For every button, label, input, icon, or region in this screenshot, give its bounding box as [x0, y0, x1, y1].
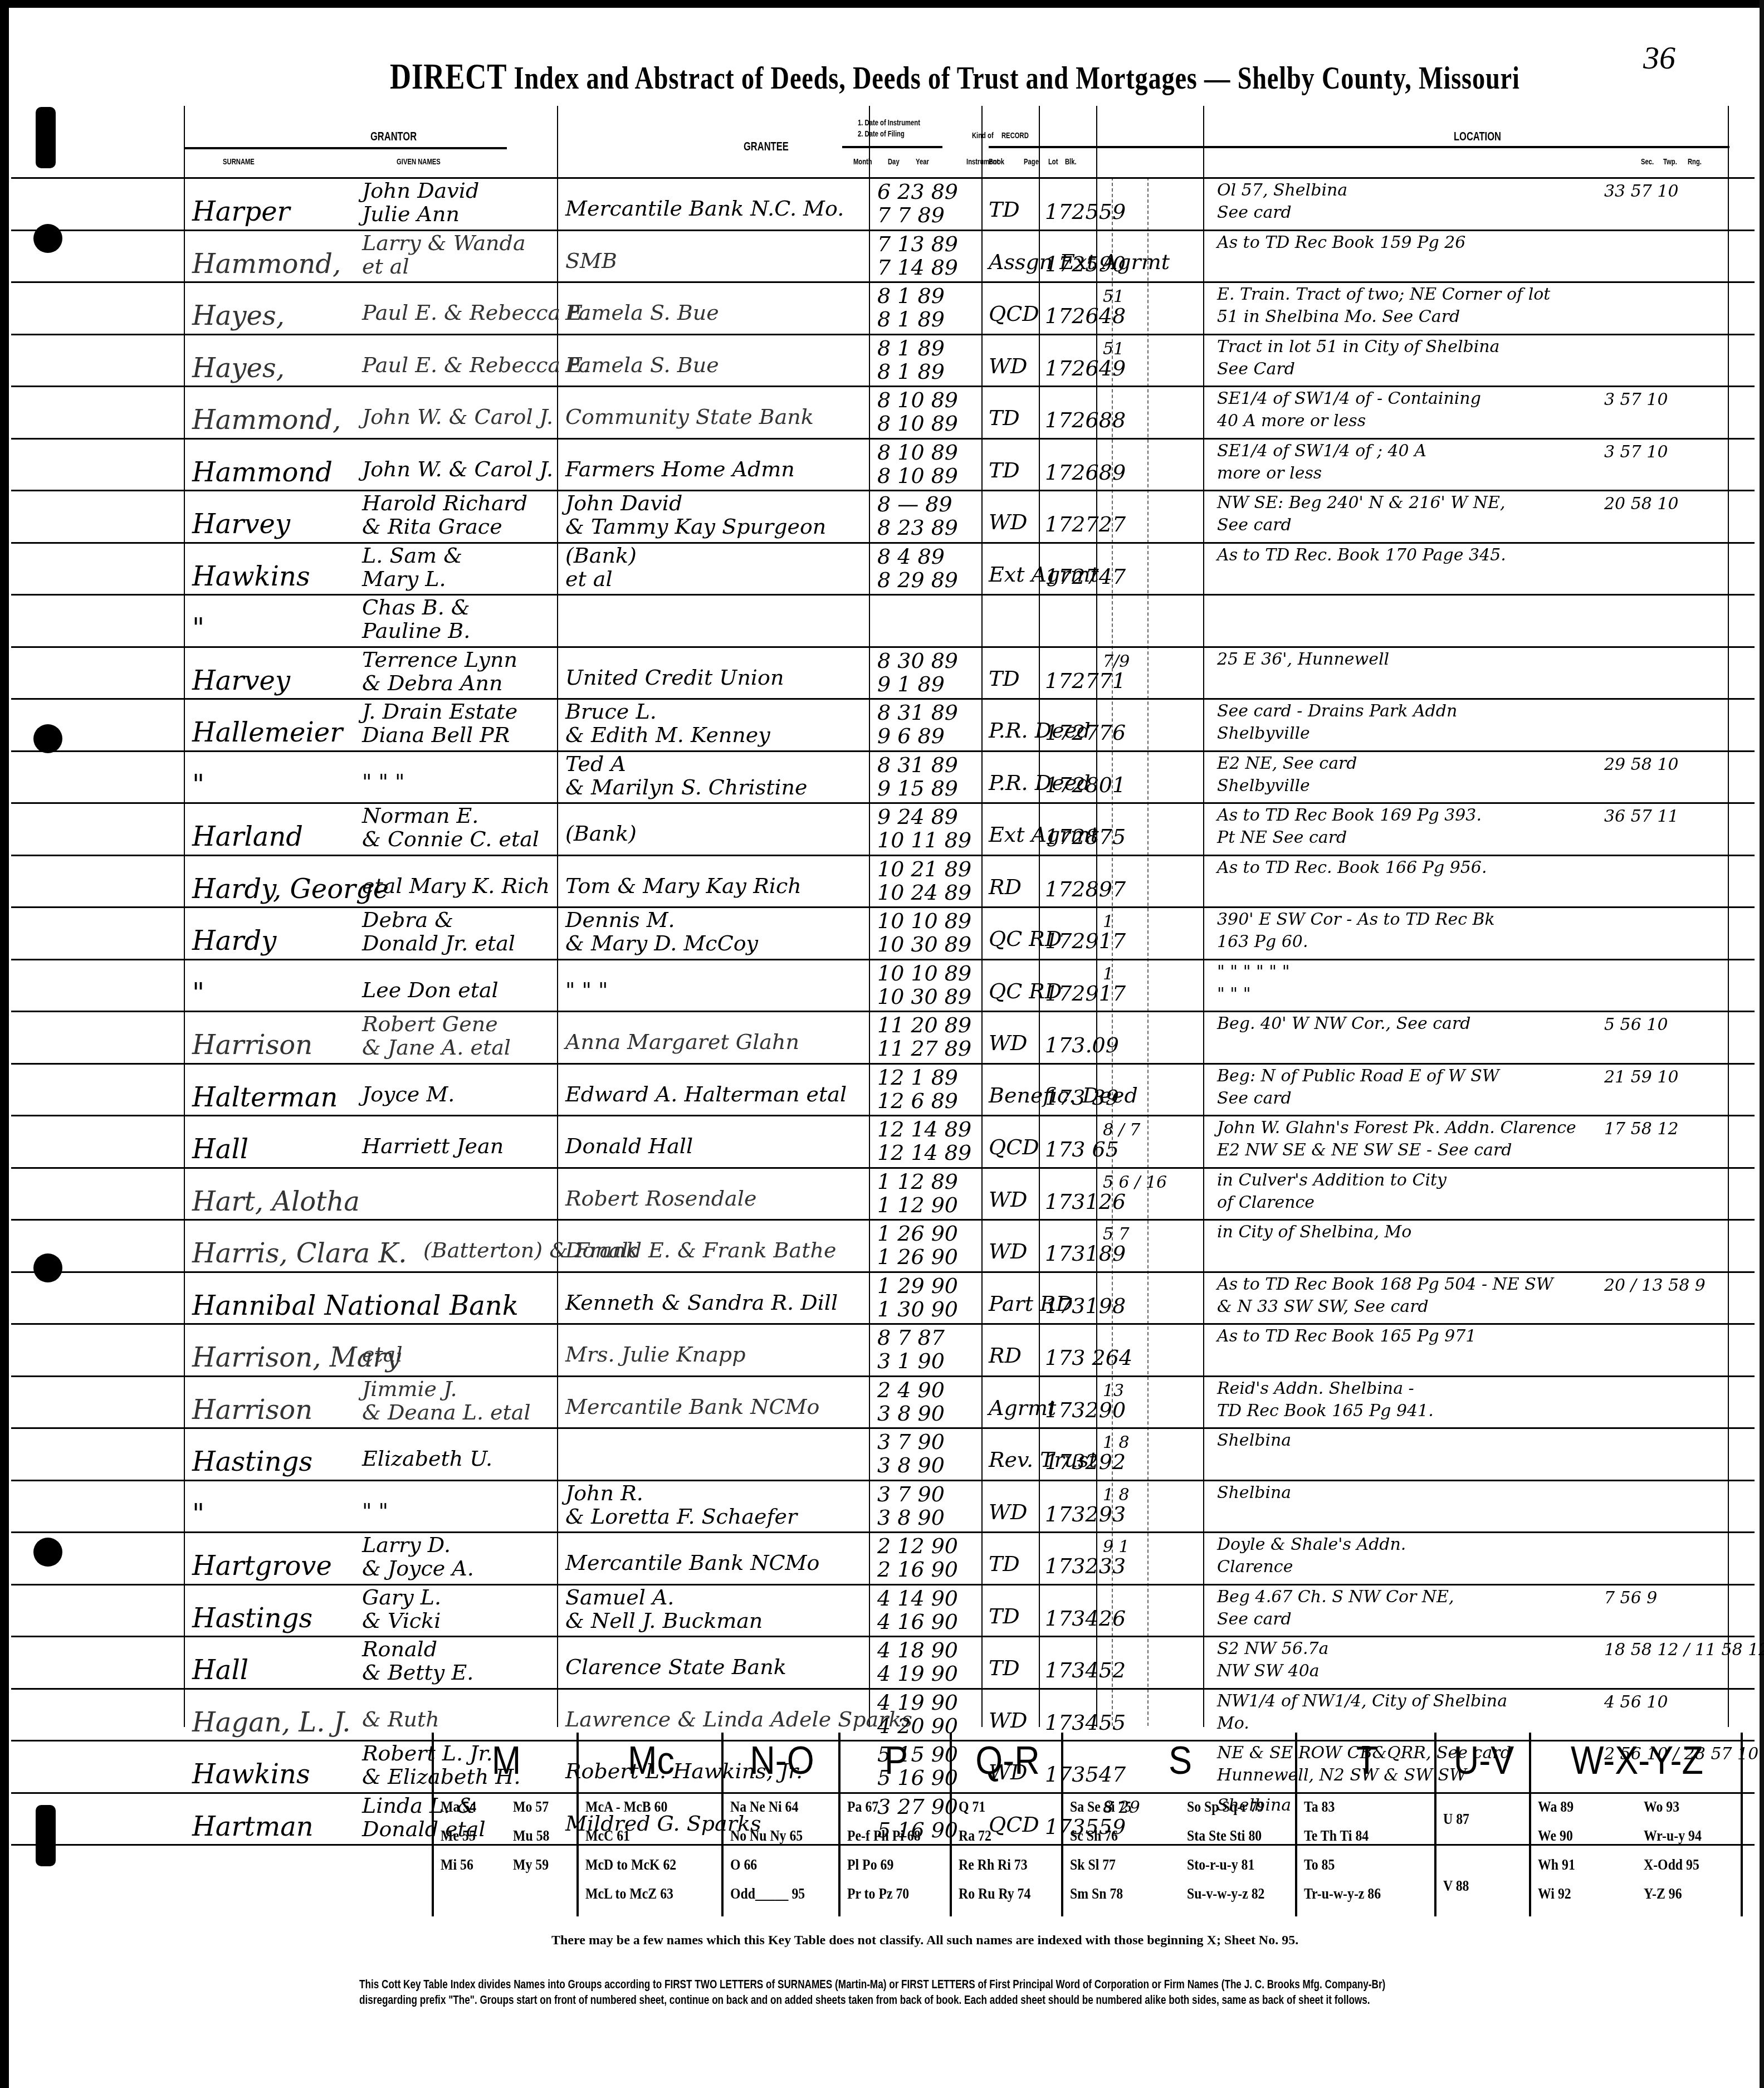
grantee-name: Tom & Mary Kay Rich: [565, 874, 802, 898]
kind-of-instrument: WD: [989, 510, 1028, 534]
kind-of-instrument: WD: [989, 1187, 1028, 1212]
location-description: As to TD Rec Book 169 Pg 393.: [1217, 806, 1482, 825]
sec-twp-rng: 4 56 10: [1604, 1692, 1668, 1712]
row-rule: [11, 1636, 1755, 1637]
key-group-letter: S: [1075, 1738, 1286, 1783]
kind-of-instrument: TD: [989, 197, 1020, 222]
grantor-given-names: & Joyce A.: [362, 1556, 474, 1580]
kind-of-instrument: TD: [989, 406, 1020, 430]
location-description: Tract in lot 51 in City of Shelbina: [1217, 337, 1500, 357]
grantor-given-names: L. Sam &: [362, 543, 462, 568]
record-book-page: 172897: [1045, 877, 1126, 901]
location-description: Pt NE See card: [1217, 828, 1347, 847]
date-of-filing: 8 10 89: [877, 411, 958, 436]
sec-twp-rng: 36 57 11: [1604, 807, 1679, 826]
lot-block: 1 8: [1103, 1485, 1130, 1505]
grantee-name: Anna Margaret Glahn: [565, 1030, 799, 1054]
key-cell: To 85: [1304, 1856, 1335, 1874]
record-book-page: 173 65: [1045, 1137, 1119, 1162]
record-book-page: 172688: [1045, 408, 1126, 432]
location-description: See card: [1217, 1609, 1292, 1629]
key-cell: Wh 91: [1538, 1856, 1575, 1874]
location-description: E2 NE, See card: [1217, 754, 1357, 773]
divider: [842, 146, 942, 148]
location-description: of Clarence: [1217, 1193, 1315, 1212]
key-cell: Pa 67: [847, 1798, 878, 1816]
location-description: Shelbina: [1217, 1431, 1291, 1450]
location-description: As to TD Rec. Book 170 Page 345.: [1217, 545, 1506, 565]
date-of-instrument: 8 7 87: [877, 1325, 945, 1350]
header-grantor: GRANTOR: [370, 129, 417, 144]
grantor-given-names: etal Mary K. Rich: [362, 874, 550, 898]
grantee-name: & Nell J. Buckman: [565, 1608, 763, 1633]
location-description: See card: [1217, 1089, 1292, 1108]
date-of-instrument: 11 20 89: [877, 1013, 971, 1037]
grantor-surname: Hallemeier: [192, 717, 343, 748]
header-page: Page: [1024, 157, 1039, 167]
row-rule: [11, 698, 1755, 700]
grantor-given-names: Jimmie J.: [362, 1377, 457, 1401]
date-of-filing: 8 29 89: [877, 568, 958, 592]
key-table-note: There may be a few names which this Key …: [551, 1933, 1298, 1948]
grantee-name: " " ": [565, 978, 608, 1002]
date-of-instrument: 8 10 89: [877, 388, 958, 412]
grantor-given-names: Paul E. & Rebecca E.: [362, 353, 589, 377]
location-description: As to TD Rec. Book 166 Pg 956.: [1217, 858, 1487, 877]
grantee-name: United Credit Union: [565, 665, 784, 690]
key-cell: Mo 57: [513, 1798, 549, 1816]
date-of-instrument: 2 12 90: [877, 1534, 958, 1558]
key-group-letter: W-X-Y-Z: [1542, 1738, 1732, 1783]
date-of-instrument: 8 — 89: [877, 492, 952, 516]
location-description: NW SW 40a: [1217, 1661, 1320, 1681]
sec-twp-rng: 20 58 10: [1604, 494, 1679, 514]
location-description: & N 33 SW SW, See card: [1217, 1297, 1429, 1316]
grantor-surname: Harland: [192, 821, 303, 852]
grantee-name: Samuel A.: [565, 1585, 674, 1609]
grantor-given-names: John David: [362, 178, 479, 203]
grantor-surname: Hayes,: [192, 300, 285, 331]
grantee-name: Ted A: [565, 752, 626, 776]
date-of-instrument: 8 10 89: [877, 440, 958, 465]
row-rule: [11, 802, 1755, 804]
row-rule: [11, 1427, 1755, 1429]
grantor-surname: Hart, Alotha: [192, 1186, 360, 1217]
key-cell: Pl Po 69: [847, 1856, 893, 1874]
location-description: SE1/4 of SW1/4 of ; 40 A: [1217, 441, 1426, 461]
key-cell: Wo 93: [1644, 1798, 1679, 1816]
record-book-page: 172559: [1045, 199, 1126, 224]
key-cell: X-Odd 95: [1644, 1856, 1699, 1874]
record-book-page: 173292: [1045, 1450, 1126, 1474]
key-cell: Ro Ru Ry 74: [959, 1885, 1030, 1903]
grantor-given-names: Larry & Wanda: [362, 231, 526, 255]
location-description: 51 in Shelbina Mo. See Card: [1217, 307, 1460, 326]
header-grantee: GRANTEE: [744, 139, 789, 154]
grantor-given-names: Elizabeth U.: [362, 1446, 492, 1471]
row-rule: [11, 594, 1755, 596]
date-of-filing: 7 14 89: [877, 255, 958, 280]
key-cell: Sa Se Si 75: [1070, 1798, 1131, 1816]
location-description: Beg: N of Public Road E of W SW: [1217, 1066, 1499, 1086]
grantor-given-names: et al: [362, 254, 409, 279]
divider: [184, 147, 507, 149]
record-book-page: 173126: [1045, 1189, 1126, 1214]
key-cell: McA - McB 60: [585, 1798, 667, 1816]
record-book-page: 172590: [1045, 252, 1126, 276]
date-of-filing: 3 8 90: [877, 1453, 945, 1477]
sec-twp-rng: 21 59 10: [1604, 1067, 1679, 1087]
record-book-page: 173452: [1045, 1658, 1126, 1682]
date-of-filing: 10 24 89: [877, 880, 971, 905]
kind-of-instrument: TD: [989, 1604, 1020, 1628]
date-of-instrument: 7 13 89: [877, 232, 958, 256]
key-group-letter: M: [441, 1738, 571, 1783]
kind-of-instrument: TD: [989, 1656, 1020, 1680]
location-description: As to TD Rec Book 159 Pg 26: [1217, 233, 1465, 252]
grantor-surname: Halterman: [192, 1082, 338, 1113]
grantor-surname: Hagan, L. J.: [192, 1707, 350, 1738]
grantee-name: John David: [565, 491, 682, 515]
date-of-instrument: 9 24 89: [877, 804, 958, 829]
grantee-name: & Tammy Kay Spurgeon: [565, 514, 826, 539]
binder-hole: [36, 1805, 56, 1866]
header-given-names: GIVEN NAMES: [397, 157, 441, 167]
record-book-page: 173198: [1045, 1294, 1126, 1318]
grantee-name: & Marilyn S. Christine: [565, 775, 808, 799]
grantor-surname: ": [192, 1499, 204, 1530]
record-book-page: 173189: [1045, 1241, 1126, 1266]
grantor-surname: Harrison: [192, 1030, 312, 1061]
location-description: NW1/4 of NW1/4, City of Shelbina: [1217, 1691, 1507, 1711]
location-description: " " " " " ": [1217, 962, 1289, 982]
kind-of-instrument: WD: [989, 1708, 1028, 1733]
date-of-filing: 7 7 89: [877, 203, 945, 227]
date-of-filing: 3 1 90: [877, 1349, 945, 1373]
record-book-page: 172689: [1045, 460, 1126, 485]
grantor-surname: Harper: [192, 196, 290, 227]
footer-line-1: This Cott Key Table Index divides Names …: [359, 1977, 1385, 1992]
key-cell: Mu 58: [513, 1827, 549, 1845]
title-rest: Index and Abstract of Deeds, Deeds of Tr…: [514, 60, 1520, 96]
grantor-surname: Hartgrove: [192, 1550, 332, 1582]
grantor-surname: Hammond,: [192, 404, 341, 436]
grantor-given-names: & Betty E.: [362, 1660, 473, 1685]
key-cell: Wi 92: [1538, 1885, 1571, 1903]
date-of-filing: 9 6 89: [877, 724, 945, 748]
date-of-filing: 8 23 89: [877, 515, 958, 540]
lot-block: 5 6 / 16: [1103, 1173, 1167, 1192]
key-cell: U 87: [1443, 1811, 1469, 1828]
location-description: Shelbyville: [1217, 776, 1310, 796]
key-cell: Pe-f Ph Pi 68: [847, 1827, 921, 1845]
lot-block: 8 / 7: [1103, 1120, 1140, 1140]
grantor-given-names: J. Drain Estate: [362, 699, 517, 724]
column-rule: [1096, 106, 1097, 1727]
grantee-name: & Loretta F. Schaefer: [565, 1504, 797, 1529]
date-of-instrument: 8 31 89: [877, 700, 958, 725]
location-description: See card - Drains Park Addn: [1217, 701, 1457, 721]
key-cell: Wa 89: [1538, 1798, 1574, 1816]
key-group-letter: T: [1304, 1738, 1430, 1783]
date-of-filing: 2 16 90: [877, 1557, 958, 1582]
record-book-page: 173426: [1045, 1606, 1126, 1631]
grantor-given-names: Robert Gene: [362, 1012, 498, 1036]
key-group-letter: U-V: [1442, 1738, 1527, 1783]
grantee-name: Robert Rosendale: [565, 1186, 756, 1211]
grantor-surname: Hardy, George: [192, 874, 389, 905]
sec-twp-rng: 20 / 13 58 9: [1604, 1276, 1706, 1295]
grantor-surname: ": [192, 769, 204, 801]
column-rule: [869, 106, 870, 1727]
grantor-given-names: & Connie C. etal: [362, 827, 539, 851]
sec-twp-rng: 29 58 10: [1604, 755, 1679, 774]
binder-hole: [33, 724, 62, 753]
grantor-surname: Hammond: [192, 457, 333, 488]
key-group-letter: Mc: [586, 1738, 716, 1783]
record-book-page: 172776: [1045, 720, 1126, 745]
key-group: SSa Se Si 75Sc Sh 76Sk Sl 77Sm Sn 78So S…: [1061, 1733, 1295, 1916]
grantee-name: SMB: [565, 248, 617, 273]
header-day: Day: [888, 157, 900, 167]
grantee-name: & Edith M. Kenney: [565, 723, 770, 747]
grantee-name: Kenneth & Sandra R. Dill: [565, 1290, 838, 1315]
key-cell: My 59: [513, 1856, 549, 1874]
row-rule: [11, 1115, 1755, 1116]
header-record: RECORD: [1001, 131, 1029, 140]
date-of-instrument: 8 4 89: [877, 544, 945, 569]
kind-of-instrument: TD: [989, 666, 1020, 691]
header-sec: Sec.: [1641, 157, 1654, 167]
grantee-name: Donald Hall: [565, 1134, 693, 1158]
kind-of-instrument: TD: [989, 1552, 1020, 1576]
location-description: Beg. 40' W NW Cor., See card: [1217, 1014, 1471, 1033]
sec-twp-rng: 3 57 10: [1604, 390, 1668, 409]
divider: [989, 146, 1729, 148]
grantee-name: Donald E. & Frank Bathe: [565, 1238, 836, 1262]
key-cell: Sta Ste Sti 80: [1187, 1827, 1262, 1845]
key-cell: Y-Z 96: [1644, 1885, 1682, 1903]
key-group: PPa 67Pe-f Ph Pi 68Pl Po 69Pr to Pz 70: [838, 1733, 950, 1916]
kind-of-instrument: TD: [989, 458, 1020, 482]
grantee-name: Mercantile Bank NCMo: [565, 1550, 819, 1575]
grantor-given-names: Chas B. &: [362, 595, 470, 619]
grantee-name: Farmers Home Admn: [565, 457, 795, 481]
grantee-name: Mercantile Bank N.C. Mo.: [565, 196, 844, 221]
grantee-name: & Mary D. McCoy: [565, 931, 758, 955]
date-of-instrument: 1 29 90: [877, 1274, 958, 1298]
key-cell: McD to McK 62: [585, 1856, 676, 1874]
row-rule: [11, 1011, 1755, 1012]
grantor-surname: ": [192, 978, 204, 1009]
location-description: S2 NW 56.7a: [1217, 1639, 1328, 1658]
key-cell: Ta 83: [1304, 1798, 1335, 1816]
grantee-name: (Bank): [565, 543, 637, 568]
location-description: Clarence: [1217, 1557, 1293, 1577]
record-book-page: 172649: [1045, 356, 1126, 380]
record-book-page: 172875: [1045, 825, 1126, 849]
kind-of-instrument: RD: [989, 1343, 1022, 1368]
record-book-page: 173.09: [1045, 1033, 1119, 1057]
location-description: As to TD Rec Book 168 Pg 504 - NE SW: [1217, 1275, 1553, 1294]
grantor-given-names: Harriett Jean: [362, 1134, 504, 1158]
location-description: 390' E SW Cor - As to TD Rec Bk: [1217, 910, 1495, 929]
scan-border-right: [1760, 0, 1764, 2088]
header-blk: Blk.: [1065, 157, 1077, 167]
record-book-page: 172747: [1045, 564, 1126, 589]
grantee-name: Mrs. Julie Knapp: [565, 1342, 745, 1367]
location-description: 25 E 36', Hunnewell: [1217, 650, 1389, 669]
column-rule: [981, 106, 983, 1727]
header-year: Year: [916, 157, 929, 167]
lot-block: 5 7: [1103, 1224, 1130, 1244]
row-rule: [11, 1531, 1755, 1533]
row-rule: [11, 386, 1755, 387]
kind-of-instrument: QCD: [989, 1135, 1039, 1159]
grantor-surname: Hawkins: [192, 1759, 310, 1790]
key-group-letter: N-O: [730, 1738, 835, 1783]
location-description: As to TD Rec Book 165 Pg 971: [1217, 1326, 1476, 1346]
column-rule: [557, 106, 558, 1727]
date-of-instrument: 10 21 89: [877, 857, 971, 881]
grantor-given-names: Larry D.: [362, 1533, 451, 1557]
lot-block: 51: [1103, 287, 1124, 306]
grantor-given-names: Lee Don etal: [362, 978, 499, 1002]
grantor-surname: Hartman: [192, 1811, 314, 1842]
date-of-filing: 4 19 90: [877, 1661, 958, 1686]
row-rule: [11, 906, 1755, 908]
grantee-name: Clarence State Bank: [565, 1655, 786, 1679]
date-of-instrument: 6 23 89: [877, 179, 958, 204]
column-rule-dashed: [1147, 177, 1149, 1726]
grantee-name: John R.: [565, 1481, 643, 1505]
date-of-filing: 3 8 90: [877, 1401, 945, 1426]
column-rule: [184, 106, 185, 1727]
date-of-filing: 9 1 89: [877, 672, 945, 696]
grantor-given-names: John W. & Carol J.: [362, 457, 553, 481]
lot-block: 51: [1103, 339, 1124, 359]
key-cell: O 66: [730, 1856, 757, 1874]
sec-twp-rng: 3 57 10: [1604, 442, 1668, 462]
key-cell: Wr-u-y 94: [1644, 1827, 1702, 1845]
kind-of-instrument: RD: [989, 875, 1022, 899]
key-cell: Me 55: [441, 1827, 476, 1845]
grantee-name: Pamela S. Bue: [565, 300, 719, 325]
date-of-filing: 8 1 89: [877, 307, 945, 331]
location-description: See card: [1217, 515, 1292, 535]
grantor-surname: Harvey: [192, 665, 290, 696]
grantor-given-names: Gary L.: [362, 1585, 441, 1609]
key-group: TTa 83Te Th Ti 84To 85Tr-u-w-y-z 86: [1295, 1733, 1434, 1916]
date-of-filing: 4 16 90: [877, 1609, 958, 1634]
page-title: DIRECT Index and Abstract of Deeds, Deed…: [390, 56, 1228, 98]
key-cell: Su-v-w-y-z 82: [1187, 1885, 1264, 1903]
key-table-border: [1741, 1733, 1743, 1916]
row-rule: [11, 490, 1755, 491]
row-rule: [11, 1219, 1755, 1221]
key-cell: V 88: [1443, 1877, 1469, 1895]
location-description: See Card: [1217, 359, 1295, 379]
location-description: 40 A more or less: [1217, 411, 1366, 431]
date-of-instrument: 3 7 90: [877, 1430, 945, 1454]
grantor-given-names: " ": [362, 1499, 388, 1523]
row-rule: [11, 177, 1755, 179]
date-of-filing: 8 10 89: [877, 464, 958, 488]
grantor-given-names: & Deana L. etal: [362, 1400, 531, 1424]
sec-twp-rng: 33 57 10: [1604, 182, 1679, 201]
date-of-instrument: 8 1 89: [877, 284, 945, 308]
date-of-instrument: 8 30 89: [877, 648, 958, 673]
sec-twp-rng: 7 56 9: [1604, 1588, 1657, 1608]
grantor-surname: Hall: [192, 1655, 248, 1686]
grantor-surname: Hawkins: [192, 561, 310, 592]
grantor-given-names: Joyce M.: [362, 1082, 455, 1106]
location-description: in Culver's Addition to City: [1217, 1170, 1447, 1190]
binder-hole: [33, 224, 62, 253]
location-description: Reid's Addn. Shelbina -: [1217, 1379, 1414, 1398]
kind-of-instrument: WD: [989, 354, 1028, 378]
grantee-name: (Bank): [565, 821, 637, 846]
record-book-page: 172727: [1045, 512, 1126, 536]
grantee-name: Pamela S. Bue: [565, 353, 719, 377]
date-of-instrument: 4 14 90: [877, 1586, 958, 1611]
grantor-surname: Hannibal National Bank: [192, 1290, 519, 1321]
grantor-given-names: Debra &: [362, 908, 453, 932]
sec-twp-rng: 17 58 12: [1604, 1119, 1679, 1139]
date-of-filing: 12 14 89: [877, 1140, 971, 1165]
location-description: in City of Shelbina, Mo: [1217, 1222, 1411, 1242]
record-book-page: 172648: [1045, 304, 1126, 328]
column-rule: [1039, 106, 1040, 1727]
kind-of-instrument: WD: [989, 1500, 1028, 1524]
location-description: See card: [1217, 203, 1292, 222]
date-of-filing: 10 30 89: [877, 932, 971, 957]
date-of-instrument: 4 18 90: [877, 1638, 958, 1662]
header-date-line2: 2. Date of Filing: [858, 129, 905, 139]
key-cell: Sto-r-u-y 81: [1187, 1856, 1254, 1874]
row-rule: [11, 281, 1755, 283]
grantor-given-names: Mary L.: [362, 567, 446, 591]
binder-hole: [33, 1538, 62, 1567]
grantor-surname: Hastings: [192, 1603, 312, 1634]
date-of-instrument: 1 12 89: [877, 1169, 958, 1194]
location-description: more or less: [1217, 464, 1322, 483]
key-group: MMa 54Me 55Mi 56Mo 57Mu 58My 59: [432, 1733, 576, 1916]
record-book-page: 173 39: [1045, 1085, 1119, 1110]
key-group: W-X-Y-ZWa 89We 90Wh 91Wi 92Wo 93Wr-u-y 9…: [1529, 1733, 1741, 1916]
location-description: Ol 57, Shelbina: [1217, 180, 1347, 200]
lot-block: 7/9: [1103, 652, 1130, 671]
grantor-given-names: & Debra Ann: [362, 671, 502, 695]
grantee-name: Community State Bank: [565, 404, 814, 429]
key-cell: So Sp Sq-r 79: [1187, 1798, 1264, 1816]
grantee-name: Mercantile Bank NCMo: [565, 1394, 819, 1419]
header-location: LOCATION: [1454, 129, 1501, 144]
date-of-instrument: 2 4 90: [877, 1378, 945, 1402]
location-description: E. Train. Tract of two; NE Corner of lot: [1217, 285, 1550, 304]
record-book-page: 172917: [1045, 981, 1126, 1006]
grantee-name: et al: [565, 567, 613, 591]
key-group-letter: Q-R: [957, 1738, 1058, 1783]
header-book: Book: [989, 157, 1004, 167]
lot-block: 1 8: [1103, 1433, 1130, 1452]
grantor-given-names: Donald Jr. etal: [362, 931, 515, 955]
grantor-surname: Hammond,: [192, 248, 341, 280]
record-book-page: 173233: [1045, 1554, 1126, 1578]
date-of-filing: 10 11 89: [877, 828, 971, 852]
grantee-name: Edward A. Halterman etal: [565, 1082, 847, 1106]
binder-hole: [33, 1253, 62, 1282]
